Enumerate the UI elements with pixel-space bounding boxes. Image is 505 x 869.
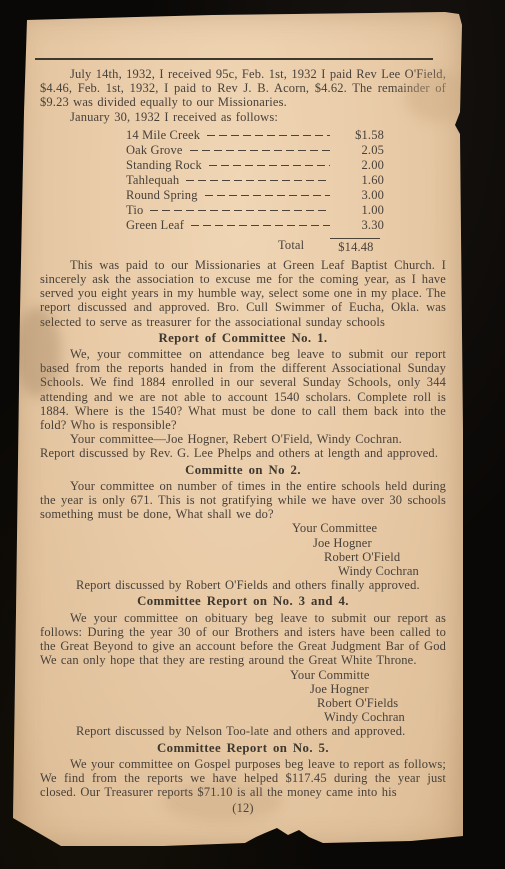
church-name: Green Leaf	[126, 218, 191, 232]
document-page: July 14th, 1932, I received 95c, Feb. 1s…	[13, 12, 463, 848]
receipt-row: 14 Mile Creek $1.58	[126, 127, 384, 142]
receipt-row: Green Leaf 3.30	[126, 217, 384, 232]
dash-leader	[207, 127, 330, 139]
committee5-heading: Committee Report on No. 5.	[40, 741, 446, 755]
dash-leader	[191, 217, 330, 229]
receipt-amount: 1.60	[340, 173, 384, 187]
church-name: Tahlequah	[126, 173, 186, 187]
committee2-heading: Committe on No 2.	[40, 463, 446, 477]
committee1-members-line: Your committee—Joe Hogner, Rebert O'Fiel…	[40, 432, 446, 446]
church-name: Oak Grove	[126, 143, 190, 157]
total-amount: $14.48	[330, 238, 379, 256]
committee2-signatures: Your Committee Joe Hogner Robert O'Field…	[40, 521, 446, 578]
church-name: Tio	[126, 203, 150, 217]
church-name: 14 Mile Creek	[126, 128, 207, 142]
committee2-report: Your committee on number of times in the…	[40, 479, 446, 522]
scan-background: July 14th, 1932, I received 95c, Feb. 1s…	[0, 0, 505, 869]
committee5-report: We your committee on Gospel purposes beg…	[40, 757, 446, 800]
church-name: Round Spring	[126, 188, 205, 202]
dash-leader	[205, 187, 330, 199]
receipts-total-row: Total $14.48	[40, 238, 446, 256]
dash-leader	[150, 202, 330, 214]
church-name: Standing Rock	[126, 158, 209, 172]
receipt-amount: 3.00	[340, 188, 384, 202]
treasurer-closing-paragraph: This was paid to our Missionaries at Gre…	[40, 258, 446, 329]
page-number: (12)	[40, 801, 446, 815]
receipt-row: Round Spring 3.00	[126, 187, 384, 202]
receipt-amount: 2.05	[340, 143, 384, 157]
committee1-report: We, your committee on attendance beg lea…	[40, 347, 446, 432]
receipt-row: Tahlequah 1.60	[126, 172, 384, 187]
signature-line: Robert O'Field	[324, 550, 446, 564]
receipt-row: Oak Grove 2.05	[126, 142, 384, 157]
committee1-approval-line: Report discussed by Rev. G. Lee Phelps a…	[40, 446, 446, 460]
receipt-amount: 3.30	[340, 218, 384, 232]
signature-line: Windy Cochran	[338, 564, 446, 578]
receipt-amount: $1.58	[340, 128, 384, 142]
dash-leader	[209, 157, 330, 169]
total-label: Total	[278, 238, 304, 256]
signature-line: Your Committee	[292, 521, 446, 535]
receipts-intro-line: January 30, 1932 I received as follows:	[40, 110, 446, 124]
committee34-report: We your committee on obituary beg leave …	[40, 611, 446, 668]
signature-line: Windy Cochran	[324, 710, 446, 724]
receipts-list: 14 Mile Creek $1.58 Oak Grove 2.05 Stand…	[126, 127, 384, 232]
committee34-heading: Committee Report on No. 3 and 4.	[40, 594, 446, 608]
receipt-row: Tio 1.00	[126, 202, 384, 217]
receipt-amount: 1.00	[340, 203, 384, 217]
committee2-approval-line: Report discussed by Robert O'Fields and …	[40, 578, 446, 592]
receipt-row: Standing Rock 2.00	[126, 157, 384, 172]
page-content: July 14th, 1932, I received 95c, Feb. 1s…	[13, 12, 463, 816]
signature-line: Joe Hogner	[310, 682, 446, 696]
treasurer-paragraph: July 14th, 1932, I received 95c, Feb. 1s…	[40, 67, 446, 110]
top-rule	[35, 58, 433, 60]
signature-line: Your Committe	[290, 668, 446, 682]
committee34-approval-line: Report discussed by Nelson Too-late and …	[40, 724, 446, 738]
committee34-signatures: Your Committe Joe Hogner Robert O'Fields…	[40, 668, 446, 725]
dash-leader	[190, 142, 330, 154]
receipt-amount: 2.00	[340, 158, 384, 172]
signature-line: Joe Hogner	[313, 536, 446, 550]
signature-line: Robert O'Fields	[317, 696, 446, 710]
dash-leader	[186, 172, 330, 184]
committee1-heading: Report of Committee No. 1.	[40, 331, 446, 345]
